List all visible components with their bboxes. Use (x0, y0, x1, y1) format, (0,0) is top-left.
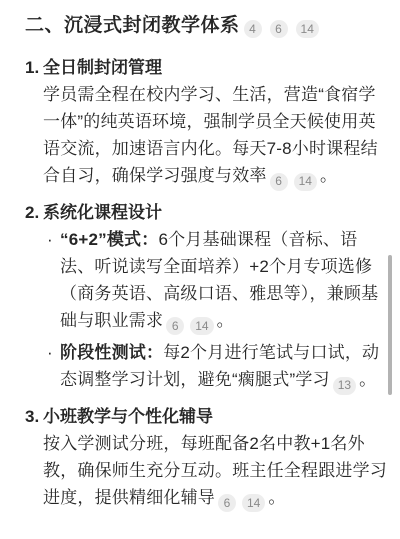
bullet-suffix: 。 (359, 370, 376, 389)
paragraph-text: 按入学测试分班，每班配备2名中教+1名外教，确保师生充分互动。班主任全程跟进学习… (43, 434, 387, 507)
answer-document: 二、沉浸式封闭教学体系4614 1. 全日制封闭管理 学员需全程在校内学习、生活… (0, 0, 400, 512)
section-3: 3. 小班教学与个性化辅导 按入学测试分班，每班配备2名中教+1名外教，确保师生… (25, 403, 388, 513)
section-title-text: 系统化课程设计 (43, 199, 162, 226)
section-title: 3. 小班教学与个性化辅导 (25, 403, 388, 430)
section-title: 1. 全日制封闭管理 (25, 54, 388, 81)
citation-badge[interactable]: 6 (218, 494, 236, 512)
section-number: 3. (25, 403, 43, 430)
section-number: 2. (25, 199, 43, 226)
paragraph-suffix: 。 (268, 488, 285, 507)
section-2: 2. 系统化课程设计 ·“6+2”模式：6个月基础课程（音标、语法、听说读写全面… (25, 199, 388, 395)
citation-badge[interactable]: 14 (242, 494, 265, 512)
section-heading: 二、沉浸式封闭教学体系4614 (25, 12, 388, 40)
section-title: 2. 系统化课程设计 (25, 199, 388, 226)
citation-badge[interactable]: 6 (166, 317, 184, 335)
heading-text: 二、沉浸式封闭教学体系 (25, 15, 240, 36)
section-title-text: 全日制封闭管理 (43, 54, 162, 81)
bullet-item: ·阶段性测试：每2个月进行笔试与口试，动态调整学习计划，避免“瘸腿式”学习13。 (43, 339, 388, 395)
citation-badge[interactable]: 4 (244, 20, 262, 38)
citation-badge[interactable]: 14 (296, 20, 319, 38)
bullet-marker: · (47, 339, 53, 366)
bullet-bold-text: “6+2”模式： (60, 230, 158, 249)
citation-badge[interactable]: 14 (294, 173, 317, 191)
citation-badge[interactable]: 6 (270, 173, 288, 191)
bullet-bold-text: 阶段性测试： (60, 343, 163, 362)
paragraph: 按入学测试分班，每班配备2名中教+1名外教，确保师生充分互动。班主任全程跟进学习… (43, 430, 388, 513)
paragraph-suffix: 。 (320, 166, 337, 185)
citation-badge[interactable]: 6 (270, 20, 288, 38)
citation-badge[interactable]: 14 (190, 317, 213, 335)
bullet-item: ·“6+2”模式：6个月基础课程（音标、语法、听说读写全面培养）+2个月专项选修… (43, 226, 388, 336)
citation-badge[interactable]: 13 (333, 377, 356, 395)
section-title-text: 小班教学与个性化辅导 (43, 403, 213, 430)
bullet-suffix: 。 (217, 311, 234, 330)
section-content: ·“6+2”模式：6个月基础课程（音标、语法、听说读写全面培养）+2个月专项选修… (43, 226, 388, 395)
section-content: 按入学测试分班，每班配备2名中教+1名外教，确保师生充分互动。班主任全程跟进学习… (43, 430, 388, 513)
paragraph: 学员需全程在校内学习、生活，营造“食宿学一体”的纯英语环境，强制学员全天候使用英… (43, 81, 388, 191)
bullet-marker: · (47, 226, 53, 253)
scrollbar-thumb[interactable] (388, 255, 392, 395)
section-content: 学员需全程在校内学习、生活，营造“食宿学一体”的纯英语环境，强制学员全天候使用英… (43, 81, 388, 191)
section-1: 1. 全日制封闭管理 学员需全程在校内学习、生活，营造“食宿学一体”的纯英语环境… (25, 54, 388, 191)
section-number: 1. (25, 54, 43, 81)
